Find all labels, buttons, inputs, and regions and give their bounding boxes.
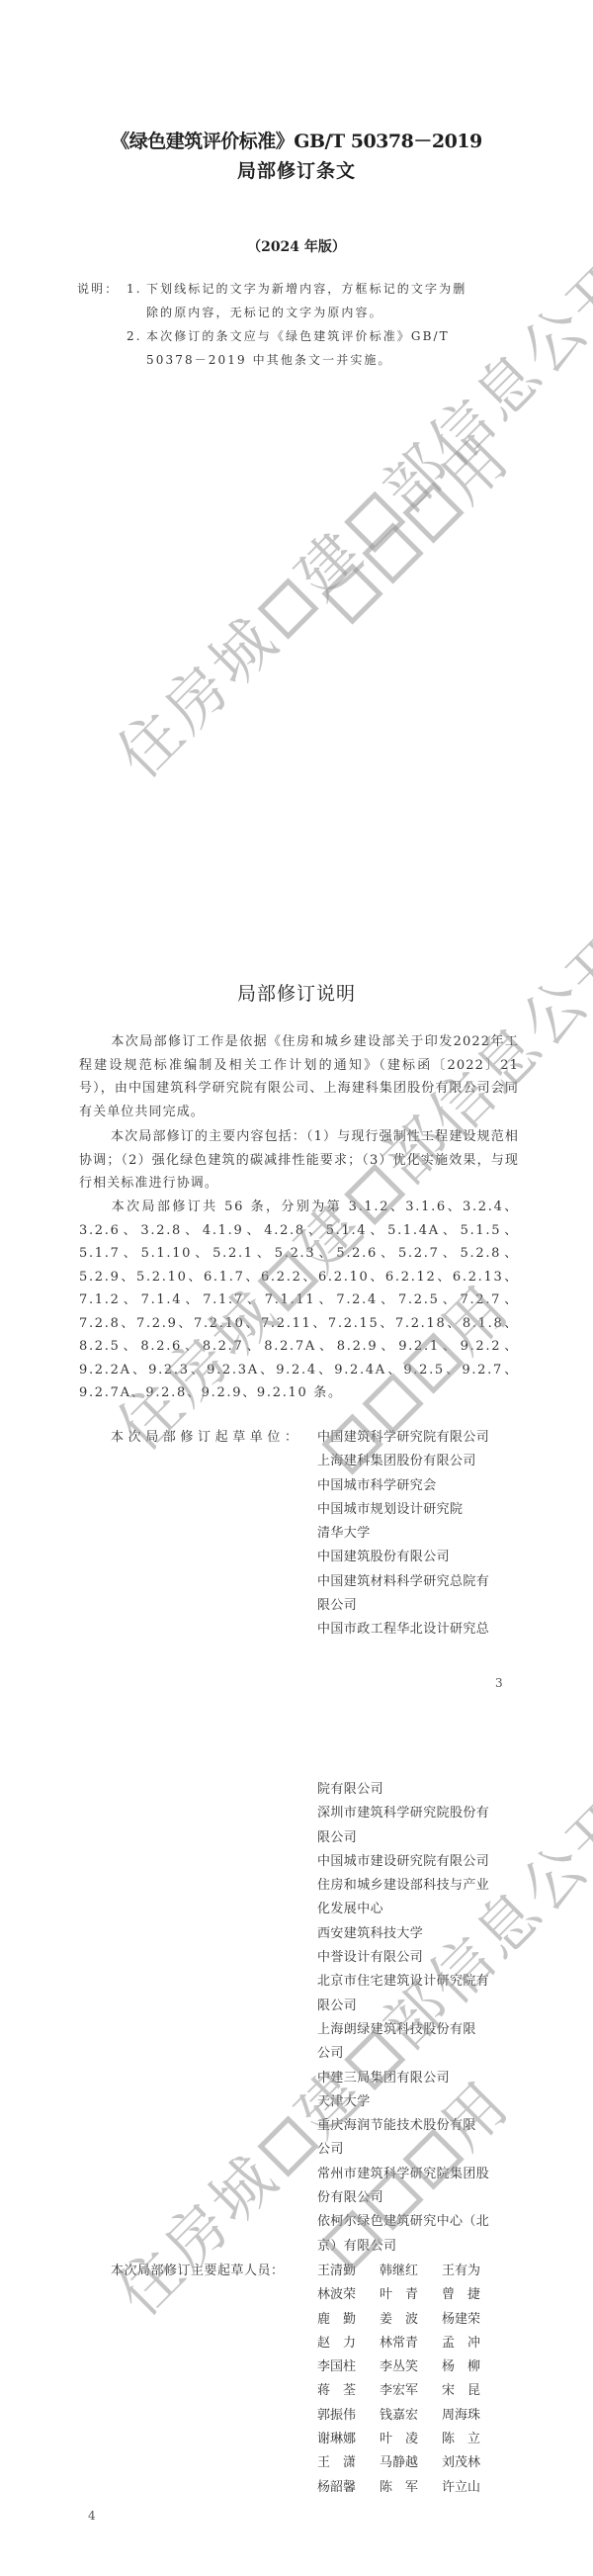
drafter-name: 叶凌 [380,2428,418,2451]
drafter-name: 马静越 [380,2451,418,2475]
unit-line: 上海朗绿建筑科技股份有限 [317,2018,525,2042]
note-item-text-line2: 50378－2019 中其他条文一并实施。 [127,348,522,372]
drafter-name: 赵力 [317,2332,356,2355]
drafting-units-label: 本次局部修订起草单位： [111,1426,302,1445]
note-item-text-line2: 除的原内容，无标记的文字为原内容。 [127,301,522,324]
page-number: 4 [88,2509,96,2523]
drafters-grid: 王清勤韩继红王有为林波荣叶青曾捷鹿勤姜波杨建荣赵力林常青孟冲李国柱李丛笑杨柳蒋荃… [317,2260,480,2500]
drafter-name: 谢琳娜 [317,2428,356,2451]
unit-line: 公司 [317,2042,525,2066]
note-item-text-line1: 下划线标记的文字为新增内容，方框标记的文字为删 [127,277,522,301]
document-subtitle: 局部修订条文 [0,156,593,183]
page-2: 局部修订说明 本次局部修订工作是依据《住房和城乡建设部关于印发2022年工程建设… [0,850,593,1721]
drafter-name: 宋昆 [442,2379,480,2403]
drafter-name: 陈立 [442,2428,480,2451]
unit-line: 中国建筑股份有限公司 [317,1546,525,1569]
paragraph-clause-list: 本次局部修订共 56 条，分别为第 3.1.2、3.1.6、3.2.4、3.2.… [79,1196,519,1405]
unit-line: 中国市政工程华北设计研究总 [317,1618,525,1642]
unit-line: 中国城市建设研究院有限公司 [317,1850,525,1874]
drafters-row: 林波荣叶青曾捷 [317,2283,480,2307]
drafter-name: 杨柳 [442,2355,480,2379]
drafter-name: 刘茂林 [442,2451,480,2475]
unit-line: 院有限公司 [317,1778,525,1802]
unit-line: 中建三局集团有限公司 [317,2067,525,2090]
unit-line: 北京市住宅建筑设计研究院有 [317,1970,525,1994]
watermark-box-icon [402,482,464,543]
unit-line: 中国建筑材料科学研究总院有 [317,1570,525,1594]
drafters-label: 本次局部修订主要起草人员： [111,2260,285,2278]
drafter-name: 姜波 [380,2308,418,2332]
drafter-name: 林波荣 [317,2283,356,2307]
drafter-name: 林常青 [380,2332,418,2355]
page-number: 3 [495,1676,503,1690]
drafter-name: 陈军 [380,2476,418,2500]
page-1: 《绿色建筑评价标准》GB/T 50378－2019 局部修订条文 （2024 年… [0,0,593,850]
document-title: 《绿色建筑评价标准》GB/T 50378－2019 [0,127,593,153]
drafting-units-list: 中国建筑科学研究院有限公司 上海建科集团股份有限公司 中国城市科学研究会 中国城… [317,1426,525,1643]
drafter-name: 孟冲 [442,2332,480,2355]
unit-line: 常州市建筑科学研究院集团股 [317,2163,525,2186]
page-3: 院有限公司 深圳市建筑科学研究院股份有 限公司 中国城市建设研究院有限公司 住房… [0,1721,593,2576]
drafter-name: 鹿勤 [317,2308,356,2332]
paragraph-main-content: 本次局部修订的主要内容包括：（1）与现行强制性工程建设规范相协调；（2）强化绿色… [79,1125,519,1196]
drafter-name: 钱嘉宏 [380,2404,418,2428]
unit-line: 清华大学 [317,1522,525,1546]
revision-explanation-heading: 局部修订说明 [0,979,593,1006]
drafters-row: 郭振伟钱嘉宏周海珠 [317,2404,480,2428]
watermark-box-icon [257,577,318,639]
unit-line: 上海建科集团股份有限公司 [317,1450,525,1473]
drafters-row: 谢琳娜叶凌陈立 [317,2428,480,2451]
drafter-name: 李丛笑 [380,2355,418,2379]
unit-line: 限公司 [317,1826,525,1850]
unit-line: 重庆海润节能技术股份有限 [317,2114,525,2138]
drafter-name: 王清勤 [317,2260,356,2283]
watermark-box-icon [362,522,423,583]
drafters-row: 鹿勤姜波杨建荣 [317,2308,480,2332]
note-item-number: 1. [127,277,142,301]
drafter-name: 蒋荃 [317,2379,356,2403]
unit-line: 份有限公司 [317,2186,525,2210]
drafter-name: 杨建荣 [442,2308,480,2332]
unit-line: 依柯尔绿色建筑研究中心（北 [317,2210,525,2234]
unit-line: 西安建筑科技大学 [317,1922,525,1946]
unit-line: 中国城市规划设计研究院 [317,1498,525,1522]
drafter-name: 郭振伟 [317,2404,356,2428]
unit-line: 中国城市科学研究会 [317,1474,525,1498]
drafter-name: 王潇 [317,2451,356,2475]
unit-line: 限公司 [317,1594,525,1618]
note-item-2: 2. 本次修订的条文应与《绿色建筑评价标准》GB/T 50378－2019 中其… [127,324,522,372]
unit-line: 住房和城乡建设部科技与产业 [317,1874,525,1898]
drafter-name: 李国柱 [317,2355,356,2379]
unit-line: 天津大学 [317,2090,525,2114]
unit-line: 深圳市建筑科学研究院股份有 [317,1802,525,1825]
drafters-row: 王潇马静越刘茂林 [317,2451,480,2475]
unit-line: 中誉设计有限公司 [317,1946,525,1970]
drafters-row: 杨韶馨陈军许立山 [317,2476,480,2500]
watermark-box-icon [344,491,405,553]
paragraph-basis: 本次局部修订工作是依据《住房和城乡建设部关于印发2022年工程建设规范标准编制及… [79,1030,519,1123]
drafter-name: 叶青 [380,2283,418,2307]
watermark-line2: 用 [296,410,527,641]
unit-line: 京）有限公司 [317,2235,525,2259]
unit-line: 限公司 [317,1995,525,2018]
drafter-name: 周海珠 [442,2404,480,2428]
unit-line: 公司 [317,2138,525,2162]
note-item-text-line1: 本次修订的条文应与《绿色建筑评价标准》GB/T [127,324,522,348]
drafter-name: 王有为 [442,2260,480,2283]
drafter-name: 韩继红 [380,2260,418,2283]
watermark-box-icon [257,2115,318,2176]
drafter-name: 李宏军 [380,2379,418,2403]
drafter-name: 许立山 [442,2476,480,2500]
edition-label: （2024 年版） [0,236,593,256]
note-item-number: 2. [127,324,142,348]
drafting-units-list-continued: 院有限公司 深圳市建筑科学研究院股份有 限公司 中国城市建设研究院有限公司 住房… [317,1778,525,2259]
drafters-row: 王清勤韩继红王有为 [317,2260,480,2283]
unit-line: 化发展中心 [317,1898,525,1921]
drafters-row: 李国柱李丛笑杨柳 [317,2355,480,2379]
unit-line: 中国建筑科学研究院有限公司 [317,1426,525,1450]
watermark-box-icon [321,563,382,624]
drafters-row: 赵力林常青孟冲 [317,2332,480,2355]
drafter-name: 曾捷 [442,2283,480,2307]
note-label: 说明： [77,277,119,301]
drafter-name: 杨韶馨 [317,2476,356,2500]
drafters-row: 蒋荃李宏军宋昆 [317,2379,480,2403]
note-item-1: 1. 下划线标记的文字为新增内容，方框标记的文字为删 除的原内容，无标记的文字为… [127,277,522,324]
